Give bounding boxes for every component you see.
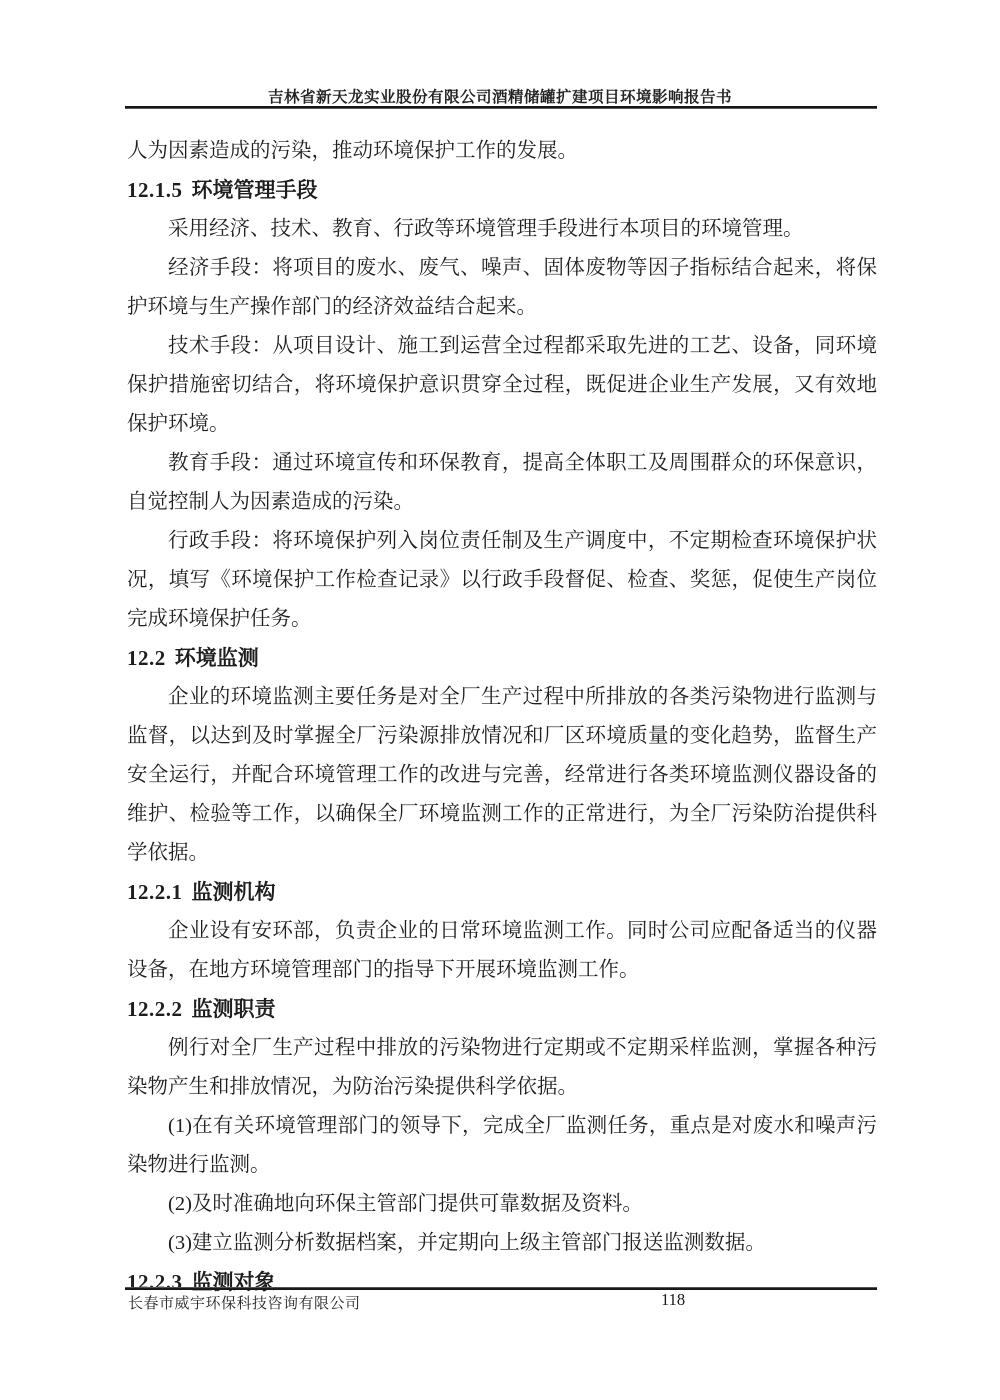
paragraph: 人为因素造成的污染，推动环境保护工作的发展。: [127, 132, 877, 171]
footer-rule: [125, 1287, 877, 1290]
section-number: 12.2.2: [127, 997, 183, 1021]
paragraph: 技术手段：从项目设计、施工到运营全过程都采取先进的工艺、设备，同环境保护措施密切…: [127, 327, 877, 444]
section-heading: 12.2.2监测职责: [127, 990, 877, 1029]
page-number: 118: [661, 1290, 685, 1310]
section-title: 监测对象: [192, 1270, 276, 1294]
document-body: 人为因素造成的污染，推动环境保护工作的发展。12.1.5环境管理手段采用经济、技…: [127, 132, 877, 1302]
section-number: 12.1.5: [127, 178, 183, 202]
paragraph: (2)及时准确地向环保主管部门提供可靠数据及资料。: [127, 1185, 877, 1224]
paragraph: 经济手段：将项目的废水、废气、噪声、固体废物等因子指标结合起来，将保护环境与生产…: [127, 249, 877, 327]
header-rule: [125, 106, 877, 109]
paragraph: 采用经济、技术、教育、行政等环境管理手段进行本项目的环境管理。: [127, 210, 877, 249]
section-number: 12.2: [127, 646, 166, 670]
paragraph: (1)在有关环境管理部门的领导下，完成全厂监测任务，重点是对废水和噪声污染物进行…: [127, 1107, 877, 1185]
footer-company-name: 长春市威宇环保科技咨询有限公司: [128, 1292, 361, 1313]
paragraph: (3)建立监测分析数据档案，并定期向上级主管部门报送监测数据。: [127, 1224, 877, 1263]
section-number: 12.2.3: [127, 1270, 183, 1294]
paragraph: 例行对全厂生产过程中排放的污染物进行定期或不定期采样监测，掌握各种污染物产生和排…: [127, 1029, 877, 1107]
section-title: 监测职责: [192, 997, 276, 1021]
section-heading: 12.2.1监测机构: [127, 873, 877, 912]
paragraph: 行政手段：将环境保护列入岗位责任制及生产调度中，不定期检查环境保护状况，填写《环…: [127, 522, 877, 639]
paragraph: 企业的环境监测主要任务是对全厂生产过程中所排放的各类污染物进行监测与监督，以达到…: [127, 678, 877, 873]
section-title: 环境监测: [175, 646, 259, 670]
running-header-title: 吉林省新天龙实业股份有限公司酒精储罐扩建项目环境影响报告书: [0, 85, 1000, 107]
paragraph: 教育手段：通过环境宣传和环保教育，提高全体职工及周围群众的环保意识，自觉控制人为…: [127, 444, 877, 522]
section-title: 环境管理手段: [192, 178, 318, 202]
section-heading: 12.1.5环境管理手段: [127, 171, 877, 210]
section-number: 12.2.1: [127, 880, 183, 904]
paragraph: 企业设有安环部，负责企业的日常环境监测工作。同时公司应配备适当的仪器设备，在地方…: [127, 912, 877, 990]
section-title: 监测机构: [192, 880, 276, 904]
section-heading: 12.2环境监测: [127, 639, 877, 678]
document-page: { "colors":{ "text":"#1e1e1e", "rule":"#…: [0, 0, 1000, 1400]
